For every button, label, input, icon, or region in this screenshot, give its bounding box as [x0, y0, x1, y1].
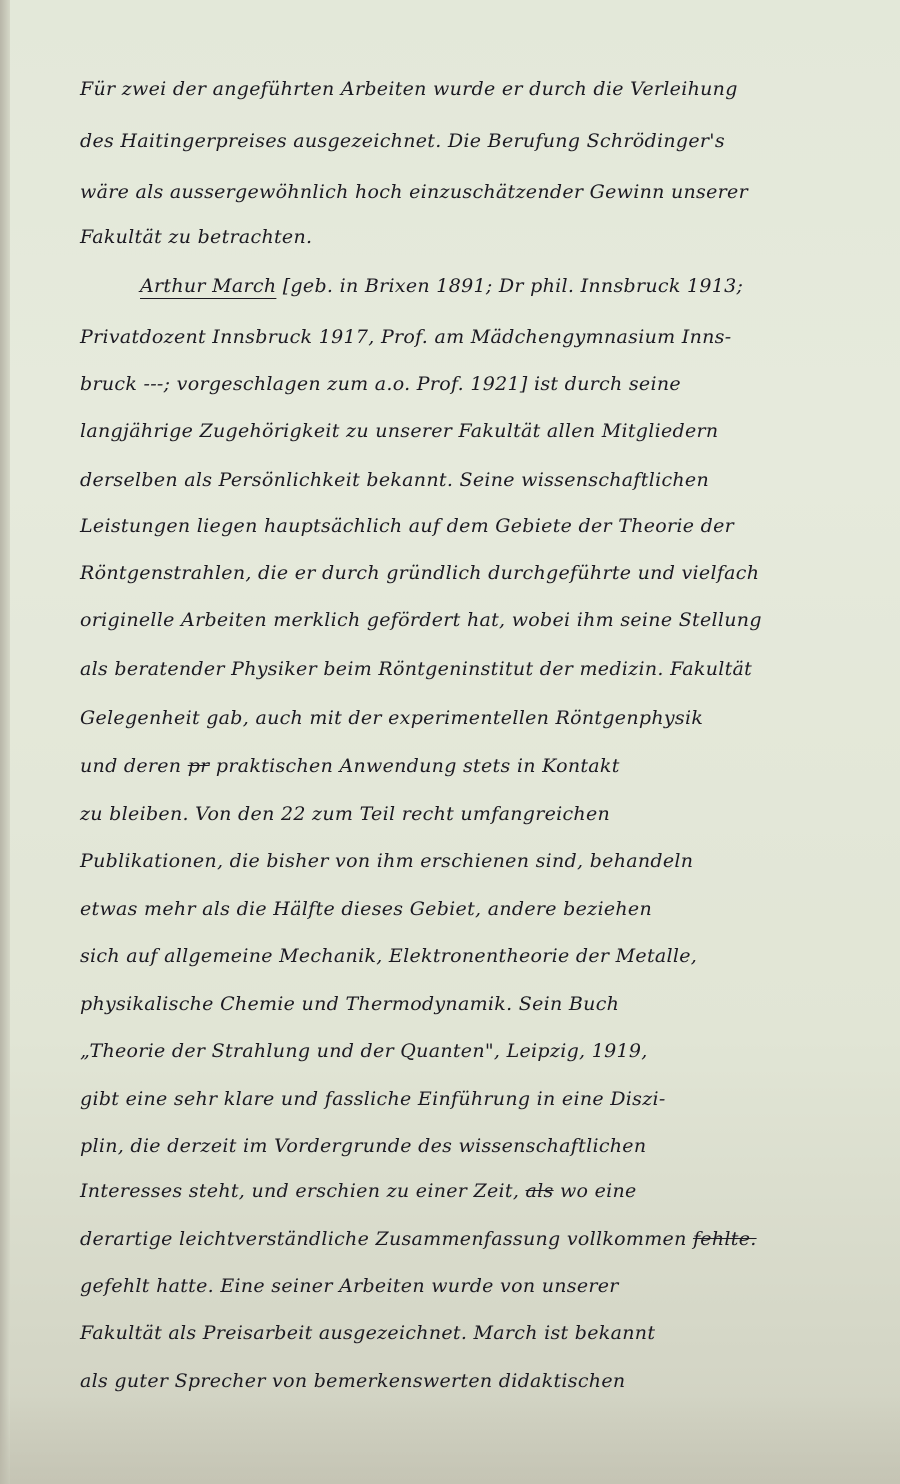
text-line: langjährige Zugehörigkeit zu unserer Fak… [80, 420, 870, 442]
text-line: Gelegenheit gab, auch mit der experiment… [80, 707, 870, 729]
text-line: wäre als aussergewöhnlich hoch einzuschä… [80, 181, 870, 203]
text-line: sich auf allgemeine Mechanik, Elektronen… [80, 945, 870, 967]
text-line: Leistungen liegen hauptsächlich auf dem … [80, 515, 870, 537]
text-line: plin, die derzeit im Vordergrunde des wi… [80, 1135, 870, 1157]
text-line: Für zwei der angeführten Arbeiten wurde … [80, 78, 870, 100]
text-line: zu bleiben. Von den 22 zum Teil recht um… [80, 803, 870, 825]
text-line: Publikationen, die bisher von ihm erschi… [80, 850, 870, 872]
text-line: bruck ---; vorgeschlagen zum a.o. Prof. … [80, 373, 870, 395]
text-line: gibt eine sehr klare und fassliche Einfü… [80, 1088, 870, 1110]
struck-text: als [526, 1180, 554, 1202]
text-line: Röntgenstrahlen, die er durch gründlich … [80, 562, 870, 584]
text-segment: und deren [80, 755, 181, 777]
text-line: derartige leichtverständliche Zusammenfa… [80, 1228, 870, 1250]
text-line: originelle Arbeiten merklich gefördert h… [80, 609, 870, 631]
text-line: etwas mehr als die Hälfte dieses Gebiet,… [80, 898, 870, 920]
text-line: derselben als Persönlichkeit bekannt. Se… [80, 469, 870, 491]
text-segment: Interesses steht, und erschien zu einer … [80, 1180, 519, 1202]
text-line: und deren pr praktischen Anwendung stets… [80, 755, 870, 777]
text-segment: wo eine [560, 1180, 637, 1202]
bio-start: [geb. in Brixen 1891; Dr phil. Innsbruck… [283, 275, 744, 297]
text-line: als guter Sprecher von bemerkenswerten d… [80, 1370, 870, 1392]
text-line: Arthur March [geb. in Brixen 1891; Dr ph… [140, 275, 900, 297]
text-line: Interesses steht, und erschien zu einer … [80, 1180, 870, 1202]
text-segment: praktischen Anwendung stets in Kontakt [216, 755, 620, 777]
struck-text: fehlte. [693, 1228, 757, 1250]
text-line: als beratender Physiker beim Röntgeninst… [80, 658, 870, 680]
text-segment: derartige leichtverständliche Zusammenfa… [80, 1228, 687, 1250]
manuscript-page: Für zwei der angeführten Arbeiten wurde … [0, 0, 900, 1484]
text-line: gefehlt hatte. Eine seiner Arbeiten wurd… [80, 1275, 870, 1297]
text-line: Fakultät zu betrachten. [80, 226, 870, 248]
text-line: Privatdozent Innsbruck 1917, Prof. am Mä… [80, 326, 870, 348]
text-line: physikalische Chemie und Thermodynamik. … [80, 993, 870, 1015]
struck-text: pr [188, 755, 210, 777]
text-line: Fakultät als Preisarbeit ausgezeichnet. … [80, 1322, 870, 1344]
person-name: Arthur March [140, 275, 276, 297]
text-line: des Haitingerpreises ausgezeichnet. Die … [80, 130, 870, 152]
text-line: „Theorie der Strahlung und der Quanten",… [80, 1040, 870, 1062]
